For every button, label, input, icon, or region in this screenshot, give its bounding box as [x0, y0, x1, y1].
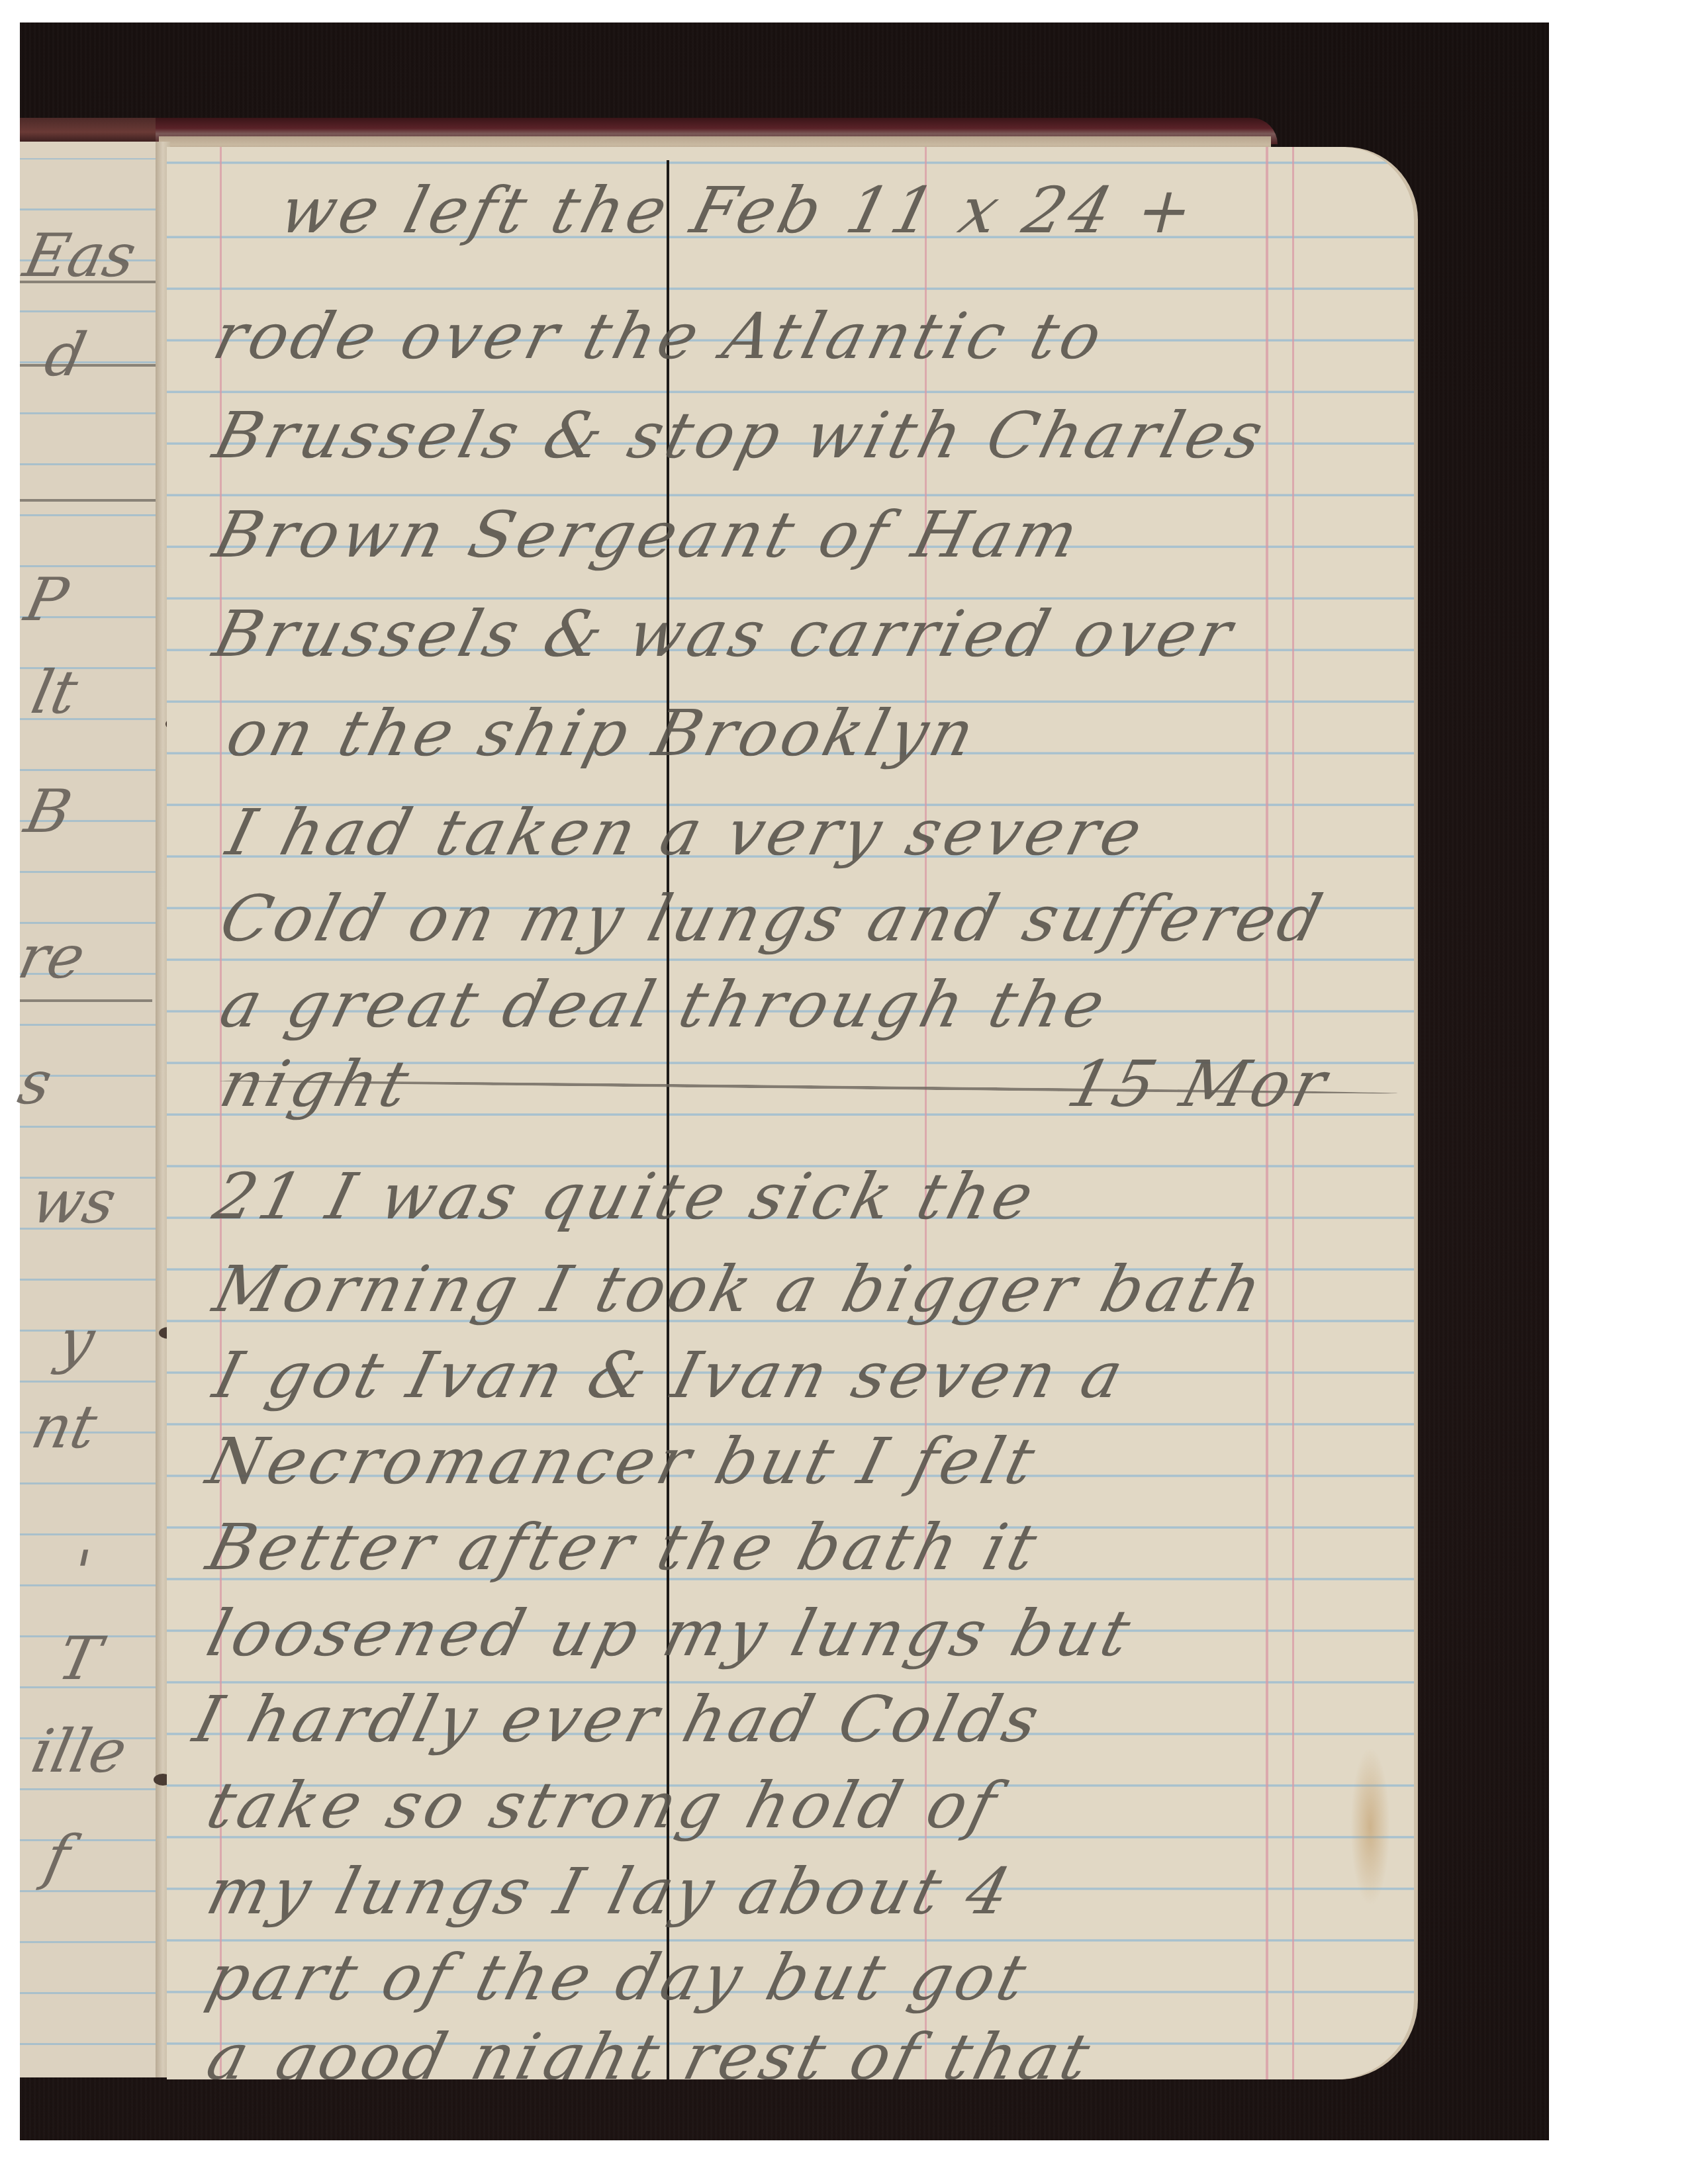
left-fragment-text: '	[66, 1538, 97, 1608]
diary-page: we left the Feb 11 x 24 + rode over the …	[167, 147, 1418, 2079]
left-fragment-text: re	[13, 923, 91, 992]
left-fragment-text: T	[52, 1624, 107, 1694]
notebook-cover-edge-left	[20, 118, 156, 142]
entry-line: I got Ivan & Ivan seven a	[207, 1338, 1134, 1412]
left-fragment-text: d	[39, 320, 92, 390]
entry-line: I hardly ever had Colds	[187, 1682, 1050, 1756]
entry-line: 21 I was quite sick the	[207, 1160, 1045, 1234]
entry-line: rode over the Atlantic to	[207, 299, 1113, 373]
entry-line: take so strong hold of	[200, 1768, 1008, 1843]
entry-line: a good night rest of that	[200, 2020, 1101, 2079]
paper-stain	[1350, 1747, 1390, 1906]
entry-line: Brussels & was carried over	[207, 597, 1243, 671]
left-fragment-text: ille	[26, 1717, 133, 1786]
left-fragment-text: y	[52, 1306, 101, 1376]
entry-line: Brown Sergeant of Ham	[207, 498, 1089, 572]
left-fragment-text: f	[39, 1823, 76, 1892]
left-fragment-text: ws	[26, 1167, 122, 1237]
left-underline	[20, 364, 165, 367]
entry-line: Morning I took a bigger bath	[207, 1252, 1273, 1326]
entry-line: we left the Feb 11 x 24 +	[273, 173, 1205, 248]
left-page-fragment: Eas d P lt B re s ws y nt ' T ille f	[20, 142, 159, 2077]
entry-line: I had taken a very severe	[220, 796, 1153, 870]
entry-line: loosened up my lungs but	[200, 1596, 1141, 1670]
entry-line: night	[213, 1047, 420, 1121]
left-underline	[20, 499, 165, 502]
left-fragment-text: s	[13, 1048, 58, 1118]
entry-line: Cold on my lungs and suffered	[213, 882, 1333, 956]
mileage-note: 15 Mor	[1060, 1047, 1338, 1121]
left-fragment-text: P	[19, 565, 74, 635]
left-fragment-text: B	[19, 777, 77, 846]
entry-line: part of the day but got	[200, 1940, 1037, 2015]
entry-line: a great deal through the	[213, 968, 1116, 1042]
left-fragment-text: lt	[26, 658, 83, 727]
left-fragment-text: nt	[26, 1392, 103, 1462]
entry-line: Better after the bath it	[200, 1510, 1048, 1584]
entry-line: on the ship Brooklyn	[220, 696, 986, 770]
left-underline	[20, 281, 165, 283]
entry-line: Brussels & stop with Charles	[207, 398, 1274, 473]
left-underline	[20, 999, 152, 1002]
entry-line: my lungs I lay about 4	[200, 1854, 1021, 1929]
entry-line: Necromancer but I felt	[200, 1424, 1046, 1498]
